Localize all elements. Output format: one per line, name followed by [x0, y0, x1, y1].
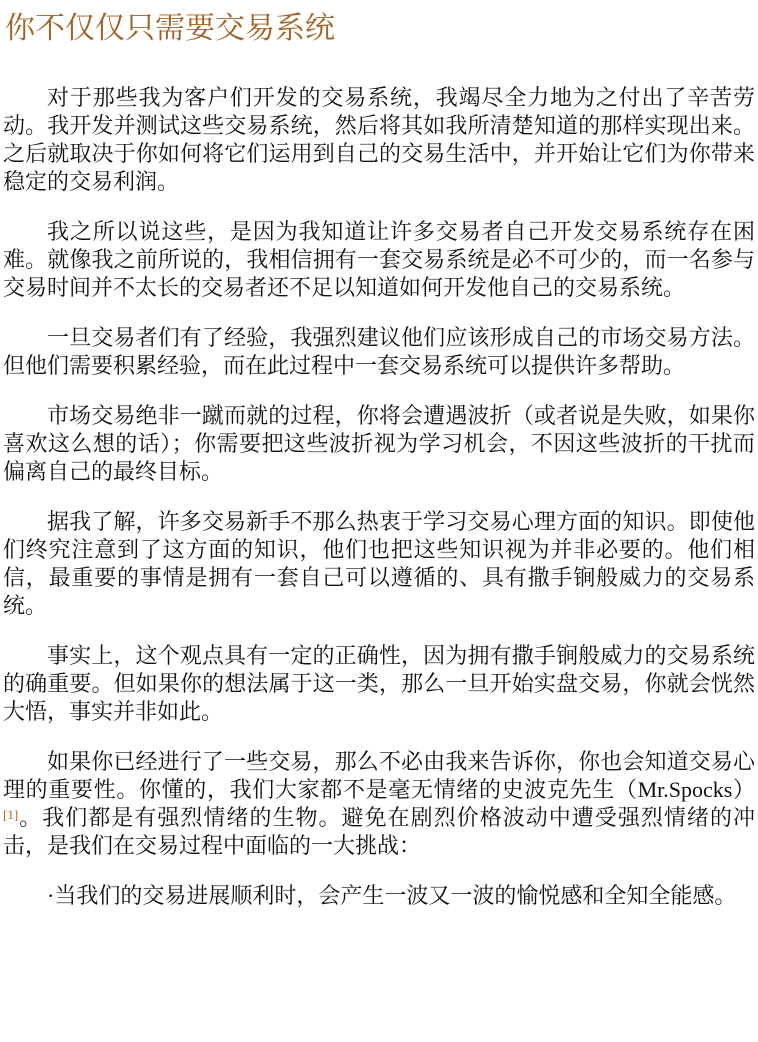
paragraph-5: 据我了解，许多交易新手不那么热衷于学习交易心理方面的知识。即使他们终究注意到了这…: [3, 508, 755, 620]
paragraph-3: 一旦交易者们有了经验，我强烈建议他们应该形成自己的市场交易方法。但他们需要积累经…: [3, 324, 755, 380]
paragraph-4: 市场交易绝非一蹴而就的过程，你将会遭遇波折（或者说是失败，如果你喜欢这么想的话）…: [3, 402, 755, 486]
bullet-paragraph: ·当我们的交易进展顺利时，会产生一波又一波的愉悦感和全知全能感。: [3, 882, 755, 910]
paragraph-2: 我之所以说这些，是因为我知道让许多交易者自己开发交易系统存在困难。就像我之前所说…: [3, 218, 755, 302]
footnote-superscript: [1]: [3, 807, 18, 822]
document-page: 你不仅仅只需要交易系统 对于那些我为客户们开发的交易系统，我竭尽全力地为之付出了…: [0, 0, 758, 930]
paragraph-7: 如果你已经进行了一些交易，那么不必由我来告诉你，你也会知道交易心理的重要性。你懂…: [3, 748, 755, 860]
paragraph-7-text-before: 如果你已经进行了一些交易，那么不必由我来告诉你，你也会知道交易心理的重要性。你懂…: [3, 749, 755, 802]
page-title: 你不仅仅只需要交易系统: [5, 12, 755, 46]
footnote-link[interactable]: [1]: [3, 807, 18, 822]
paragraph-1: 对于那些我为客户们开发的交易系统，我竭尽全力地为之付出了辛苦劳动。我开发并测试这…: [3, 84, 755, 196]
paragraph-7-text-after: 。我们都是有强烈情绪的生物。避免在剧烈价格波动中遭受强烈情绪的冲击，是我们在交易…: [3, 805, 755, 858]
paragraph-6: 事实上，这个观点具有一定的正确性，因为拥有撒手锏般威力的交易系统的确重要。但如果…: [3, 642, 755, 726]
